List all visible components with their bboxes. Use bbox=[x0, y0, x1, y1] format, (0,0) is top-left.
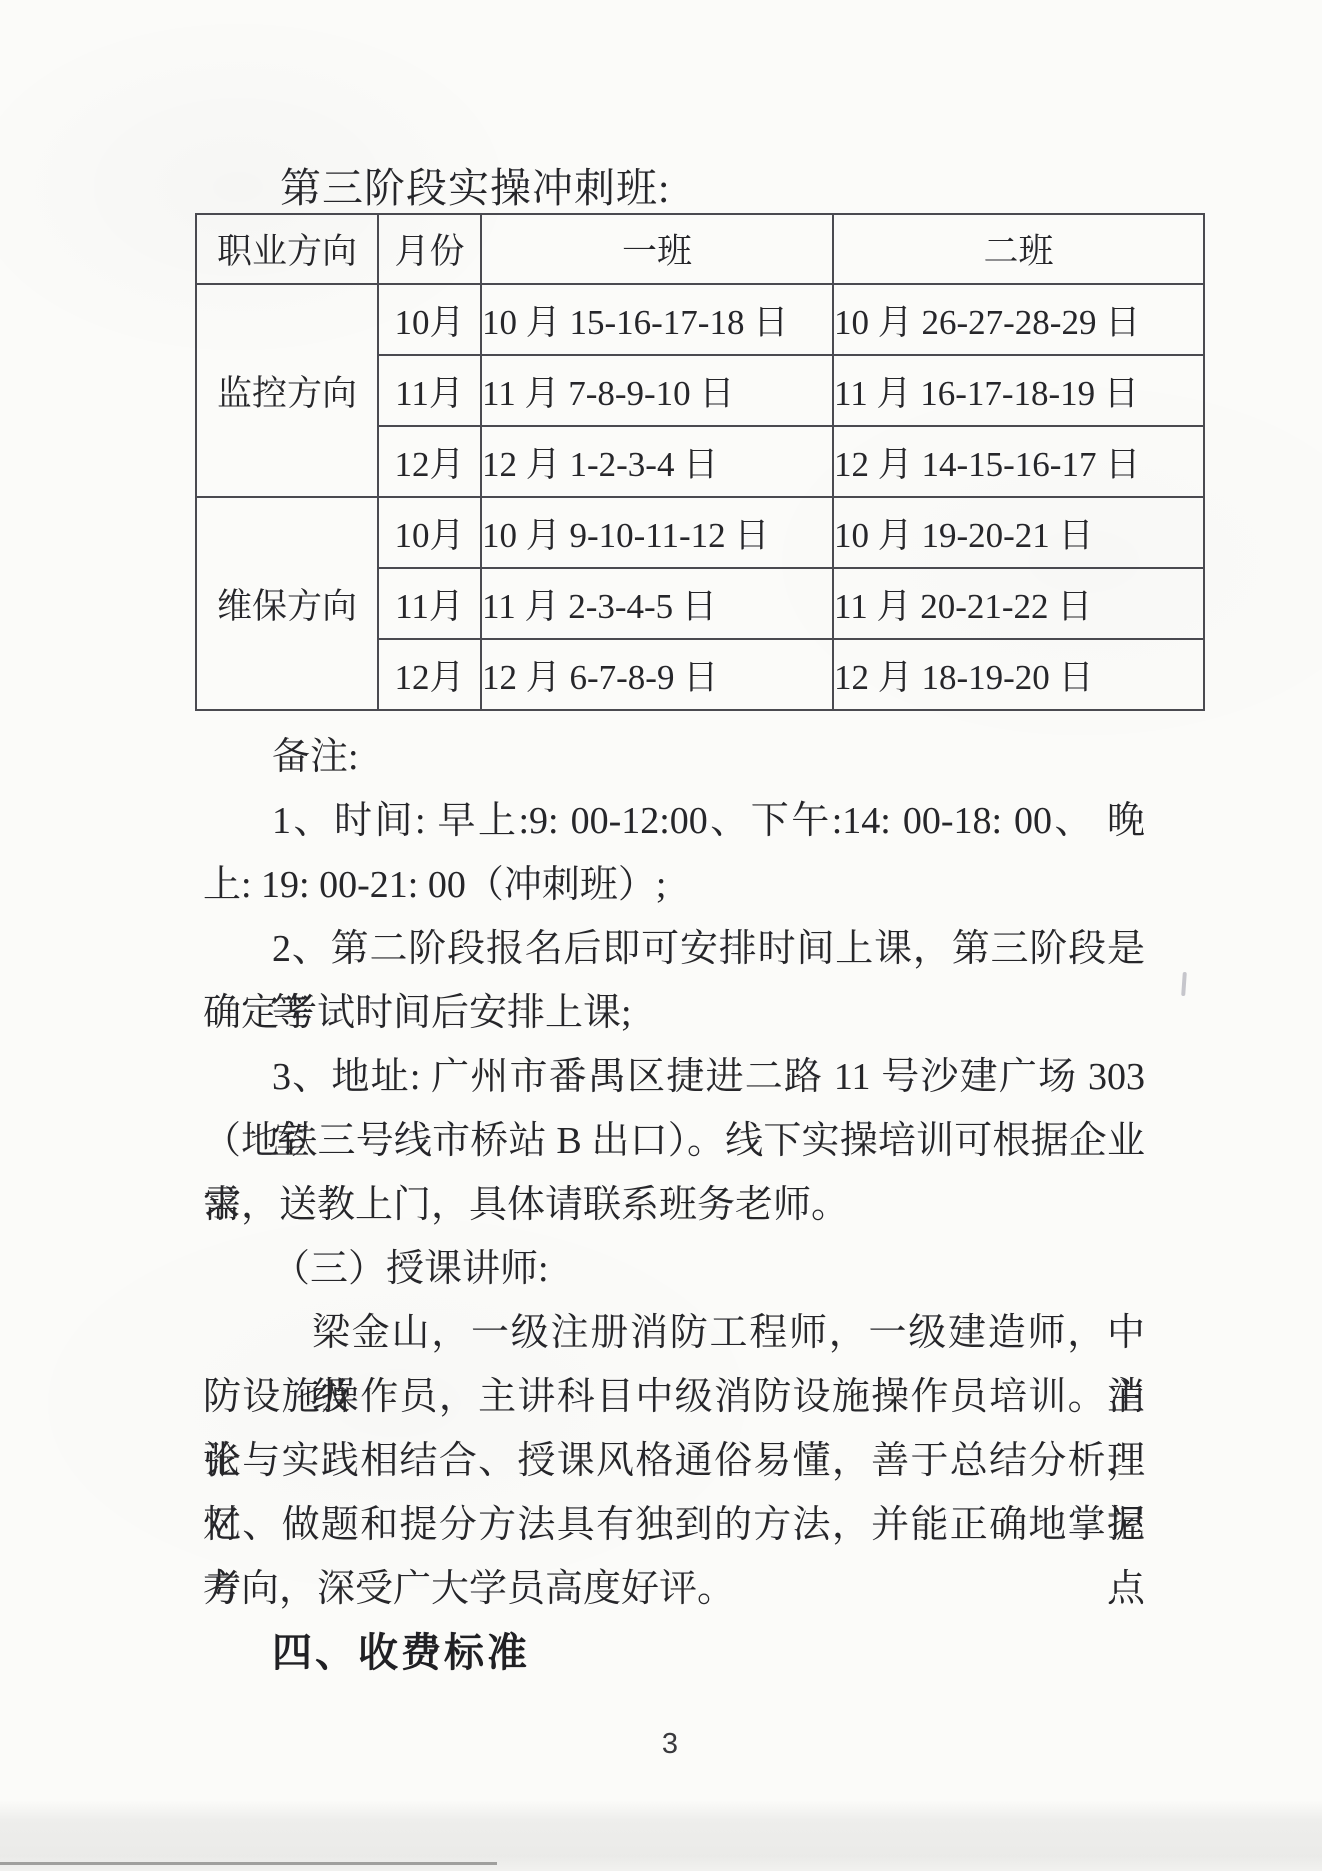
month-cell: 11月 bbox=[378, 355, 481, 426]
class-two-cell: 10 月 19-20-21 日 bbox=[833, 497, 1204, 568]
month-cell: 10月 bbox=[378, 497, 481, 568]
table-header-row: 职业方向 月份 一班 二班 bbox=[196, 214, 1204, 284]
table-row: 维保方向 10月 10 月 9-10-11-12 日 10 月 19-20-21… bbox=[196, 497, 1204, 568]
month-cell: 12月 bbox=[378, 639, 481, 710]
class-one-cell: 11 月 7-8-9-10 日 bbox=[481, 355, 833, 426]
column-header-class-two: 二班 bbox=[833, 214, 1204, 284]
note-line: 上: 19: 00-21: 00（冲刺班）; bbox=[203, 853, 1145, 917]
column-header-direction: 职业方向 bbox=[196, 214, 378, 284]
page-number: 3 bbox=[0, 1728, 1322, 1761]
note-line: （地铁三号线市桥站 B 出口）。线下实操培训可根据企业需 bbox=[203, 1109, 1145, 1173]
note-line: 1、时间: 早上:9: 00-12:00、下午:14: 00-18: 00、 晚 bbox=[203, 789, 1145, 853]
class-one-cell: 11 月 2-3-4-5 日 bbox=[481, 568, 833, 639]
note-line: 求，送教上门，具体请联系班务老师。 bbox=[203, 1173, 1145, 1237]
direction-cell: 维保方向 bbox=[196, 497, 378, 710]
class-two-cell: 12 月 14-15-16-17 日 bbox=[833, 426, 1204, 497]
class-one-cell: 10 月 9-10-11-12 日 bbox=[481, 497, 833, 568]
column-header-month: 月份 bbox=[378, 214, 481, 284]
notes-section: 备注: 1、时间: 早上:9: 00-12:00、下午:14: 00-18: 0… bbox=[203, 725, 1145, 1685]
note-line: 确定考试时间后安排上课; bbox=[203, 981, 1145, 1045]
bottom-scan-edge bbox=[0, 1862, 497, 1865]
class-two-cell: 11 月 20-21-22 日 bbox=[833, 568, 1204, 639]
notes-label: 备注: bbox=[203, 725, 1145, 789]
document-page: 第三阶段实操冲刺班: 职业方向 月份 一班 二班 监控方向 10月 10 月 1… bbox=[0, 0, 1322, 1871]
note-line: 忆、做题和提分方法具有独到的方法，并能正确地掌握考点 bbox=[203, 1493, 1145, 1557]
class-one-cell: 10 月 15-16-17-18 日 bbox=[481, 284, 833, 355]
month-cell: 10月 bbox=[378, 284, 481, 355]
note-line: 3、地址: 广州市番禺区捷进二路 11 号沙建广场 303 室 bbox=[203, 1045, 1145, 1109]
direction-cell: 监控方向 bbox=[196, 284, 378, 497]
note-line: 防设施操作员，主讲科目中级消防设施操作员培训。主张理 bbox=[203, 1365, 1145, 1429]
table-row: 监控方向 10月 10 月 15-16-17-18 日 10 月 26-27-2… bbox=[196, 284, 1204, 355]
fee-standards-heading: 四、收费标准 bbox=[203, 1621, 1145, 1685]
class-two-cell: 12 月 18-19-20 日 bbox=[833, 639, 1204, 710]
class-two-cell: 11 月 16-17-18-19 日 bbox=[833, 355, 1204, 426]
note-line: 2、第二阶段报名后即可安排时间上课，第三阶段是等 bbox=[203, 917, 1145, 981]
note-line: 梁金山，一级注册消防工程师，一级建造师，中级消 bbox=[203, 1301, 1145, 1365]
column-header-class-one: 一班 bbox=[481, 214, 833, 284]
class-one-cell: 12 月 1-2-3-4 日 bbox=[481, 426, 833, 497]
class-two-cell: 10 月 26-27-28-29 日 bbox=[833, 284, 1204, 355]
section-title: 第三阶段实操冲刺班: bbox=[280, 155, 670, 214]
note-line: 论与实践相结合、授课风格通俗易懂，善于总结分析，对记 bbox=[203, 1429, 1145, 1493]
bottom-scan-shadow bbox=[0, 1800, 1322, 1871]
scan-artifact-mark bbox=[1181, 972, 1187, 996]
class-one-cell: 12 月 6-7-8-9 日 bbox=[481, 639, 833, 710]
schedule-table: 职业方向 月份 一班 二班 监控方向 10月 10 月 15-16-17-18 … bbox=[195, 213, 1205, 711]
month-cell: 11月 bbox=[378, 568, 481, 639]
month-cell: 12月 bbox=[378, 426, 481, 497]
note-line: （三）授课讲师: bbox=[203, 1237, 1145, 1301]
